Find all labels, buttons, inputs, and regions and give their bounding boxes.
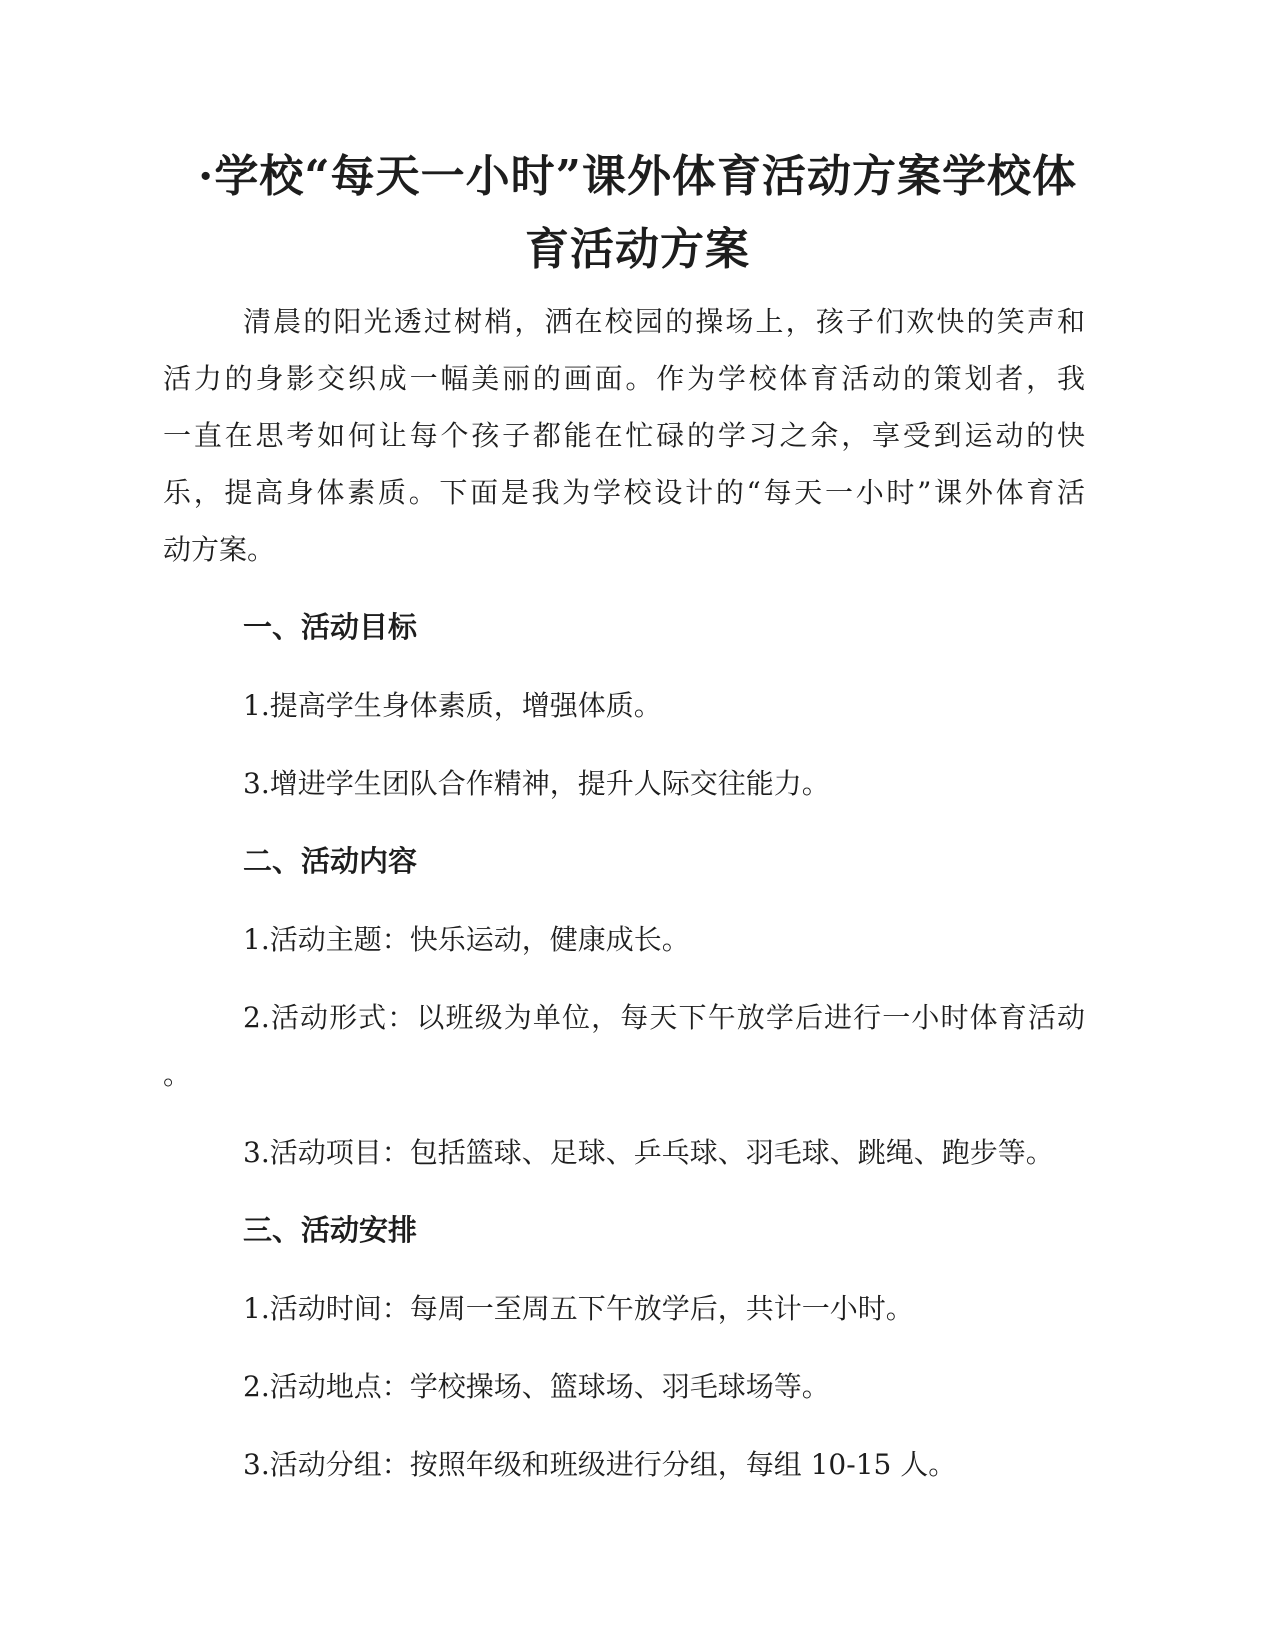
list-item: 3.活动分组：按照年级和班级进行分组，每组 10-15 人。 [163,1436,1085,1493]
list-item: 3.活动项目：包括篮球、足球、乒乓球、羽毛球、跳绳、跑步等。 [163,1124,1085,1181]
list-item: 2.活动形式：以班级为单位，每天下午放学后进行一小时体育活动 。 [163,989,1085,1103]
list-item-wrapped-punctuation: 。 [163,1046,1085,1103]
list-item: 1.活动主题：快乐运动，健康成长。 [163,911,1085,968]
section-heading-goals: 一、活动目标 [163,599,1085,656]
paragraph-line: 动方案。 [163,521,1085,578]
section-heading-schedule: 三、活动安排 [163,1202,1085,1259]
list-item: 2.活动地点：学校操场、篮球场、羽毛球场等。 [163,1358,1085,1415]
document-body: 清晨的阳光透过树梢，洒在校园的操场上，孩子们欢快的笑声和 活力的身影交织成一幅美… [163,293,1085,1493]
list-item: 1.活动时间：每周一至周五下午放学后，共计一小时。 [163,1280,1085,1337]
list-item-line: 2.活动形式：以班级为单位，每天下午放学后进行一小时体育活动 [243,989,1085,1046]
document-title: ·学校“每天一小时”课外体育活动方案学校体 育活动方案 [0,140,1275,286]
document-page: ·学校“每天一小时”课外体育活动方案学校体 育活动方案 清晨的阳光透过树梢，洒在… [0,0,1275,1650]
document-title-line-2: 育活动方案 [0,213,1275,286]
paragraph-line: 一直在思考如何让每个孩子都能在忙碌的学习之余，享受到运动的快 [163,407,1085,464]
paragraph-line: 活力的身影交织成一幅美丽的画面。作为学校体育活动的策划者，我 [163,350,1085,407]
intro-paragraph: 清晨的阳光透过树梢，洒在校园的操场上，孩子们欢快的笑声和 活力的身影交织成一幅美… [163,293,1085,578]
list-item: 1.提高学生身体素质，增强体质。 [163,677,1085,734]
list-item: 3.增进学生团队合作精神，提升人际交往能力。 [163,755,1085,812]
paragraph-line: 乐，提高身体素质。下面是我为学校设计的“每天一小时”课外体育活 [163,464,1085,521]
document-title-line-1: ·学校“每天一小时”课外体育活动方案学校体 [0,140,1275,213]
section-heading-content: 二、活动内容 [163,833,1085,890]
paragraph-line: 清晨的阳光透过树梢，洒在校园的操场上，孩子们欢快的笑声和 [163,293,1085,350]
